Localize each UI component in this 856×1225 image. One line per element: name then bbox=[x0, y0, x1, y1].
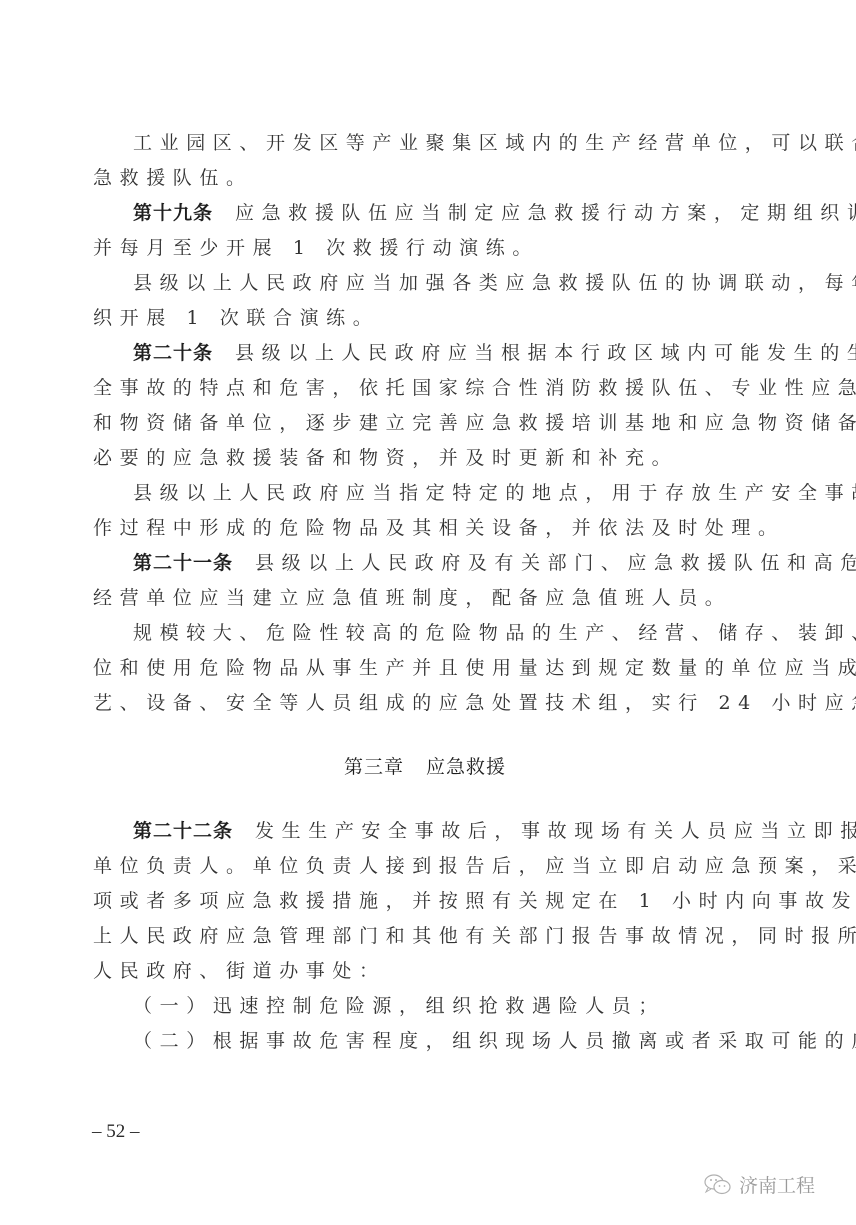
text-line: 规模较大、危险性较高的危险物品的生产、经营、储存、装卸、运输单 bbox=[93, 616, 757, 651]
watermark-text: 济南工程 bbox=[739, 1171, 815, 1198]
article-first-line: 第二十一条县级以上人民政府及有关部门、应急救援队伍和高危生产 bbox=[93, 546, 757, 581]
text-line: 县级以上人民政府及有关部门、应急救援队伍和高危生产 bbox=[255, 552, 856, 574]
watermark: 济南工程 bbox=[703, 1171, 815, 1198]
article-number: 第二十二条 bbox=[133, 820, 233, 842]
article-first-line: 第二十条县级以上人民政府应当根据本行政区域内可能发生的生产安 bbox=[93, 336, 757, 371]
article-first-line: 第十九条应急救援队伍应当制定应急救援行动方案，定期组织训练， bbox=[93, 196, 757, 231]
text-line: 工业园区、开发区等产业聚集区域内的生产经营单位，可以联合建立应 bbox=[93, 126, 757, 161]
text-line: 应急救援队伍应当制定应急救援行动方案，定期组织训练， bbox=[235, 202, 856, 224]
text-line: 位和使用危险物品从事生产并且使用量达到规定数量的单位应当成立包括工 bbox=[93, 651, 757, 686]
article-number: 第二十一条 bbox=[133, 552, 233, 574]
document-page: 工业园区、开发区等产业聚集区域内的生产经营单位，可以联合建立应 急救援队伍。 第… bbox=[93, 126, 757, 1059]
text-line: 县级以上人民政府应当根据本行政区域内可能发生的生产安 bbox=[235, 342, 856, 364]
wechat-icon bbox=[703, 1173, 733, 1197]
text-line: 项或者多项应急救援措施，并按照有关规定在 1 小时内向事故发生地县级以 bbox=[93, 884, 757, 919]
text-line: 单位负责人。单位负责人接到报告后，应当立即启动应急预案，采取下列一 bbox=[93, 849, 757, 884]
list-item: （一）迅速控制危险源，组织抢救遇险人员； bbox=[93, 989, 757, 1024]
text-line: 县级以上人民政府应当加强各类应急救援队伍的协调联动，每年至少组 bbox=[93, 266, 757, 301]
text-line: 必要的应急救援装备和物资，并及时更新和补充。 bbox=[93, 441, 757, 476]
article-number: 第二十条 bbox=[133, 342, 213, 364]
text-line: 作过程中形成的危险物品及其相关设备，并依法及时处理。 bbox=[93, 511, 757, 546]
article-first-line: 第二十二条发生生产安全事故后，事故现场有关人员应当立即报告本 bbox=[93, 814, 757, 849]
list-item: （二）根据事故危害程度，组织现场人员撤离或者采取可能的应急措施 bbox=[93, 1024, 757, 1059]
text-line: 并每月至少开展 1 次救援行动演练。 bbox=[93, 231, 757, 266]
text-line: 经营单位应当建立应急值班制度，配备应急值班人员。 bbox=[93, 581, 757, 616]
page-number: – 52 – bbox=[92, 1121, 140, 1143]
text-line: 和物资储备单位，逐步建立完善应急救援培训基地和应急物资储备库，储备 bbox=[93, 406, 757, 441]
chapter-number: 第三章 bbox=[344, 756, 404, 778]
text-line: 织开展 1 次联合演练。 bbox=[93, 301, 757, 336]
text-line: 上人民政府应急管理部门和其他有关部门报告事故情况，同时报所在地乡镇 bbox=[93, 919, 757, 954]
chapter-heading: 第三章应急救援 bbox=[93, 750, 757, 785]
text-line: 全事故的特点和危害，依托国家综合性消防救援队伍、专业性应急救援队伍 bbox=[93, 371, 757, 406]
text-line: 急救援队伍。 bbox=[93, 161, 757, 196]
text-line: 人民政府、街道办事处： bbox=[93, 954, 757, 989]
text-line: 县级以上人民政府应当指定特定的地点，用于存放生产安全事故应急工 bbox=[93, 476, 757, 511]
text-line: 艺、设备、安全等人员组成的应急处置技术组，实行 24 小时应急值班。 bbox=[93, 686, 757, 721]
text-line: 发生生产安全事故后，事故现场有关人员应当立即报告本 bbox=[255, 820, 856, 842]
article-number: 第十九条 bbox=[133, 202, 213, 224]
chapter-title: 应急救援 bbox=[426, 756, 506, 778]
